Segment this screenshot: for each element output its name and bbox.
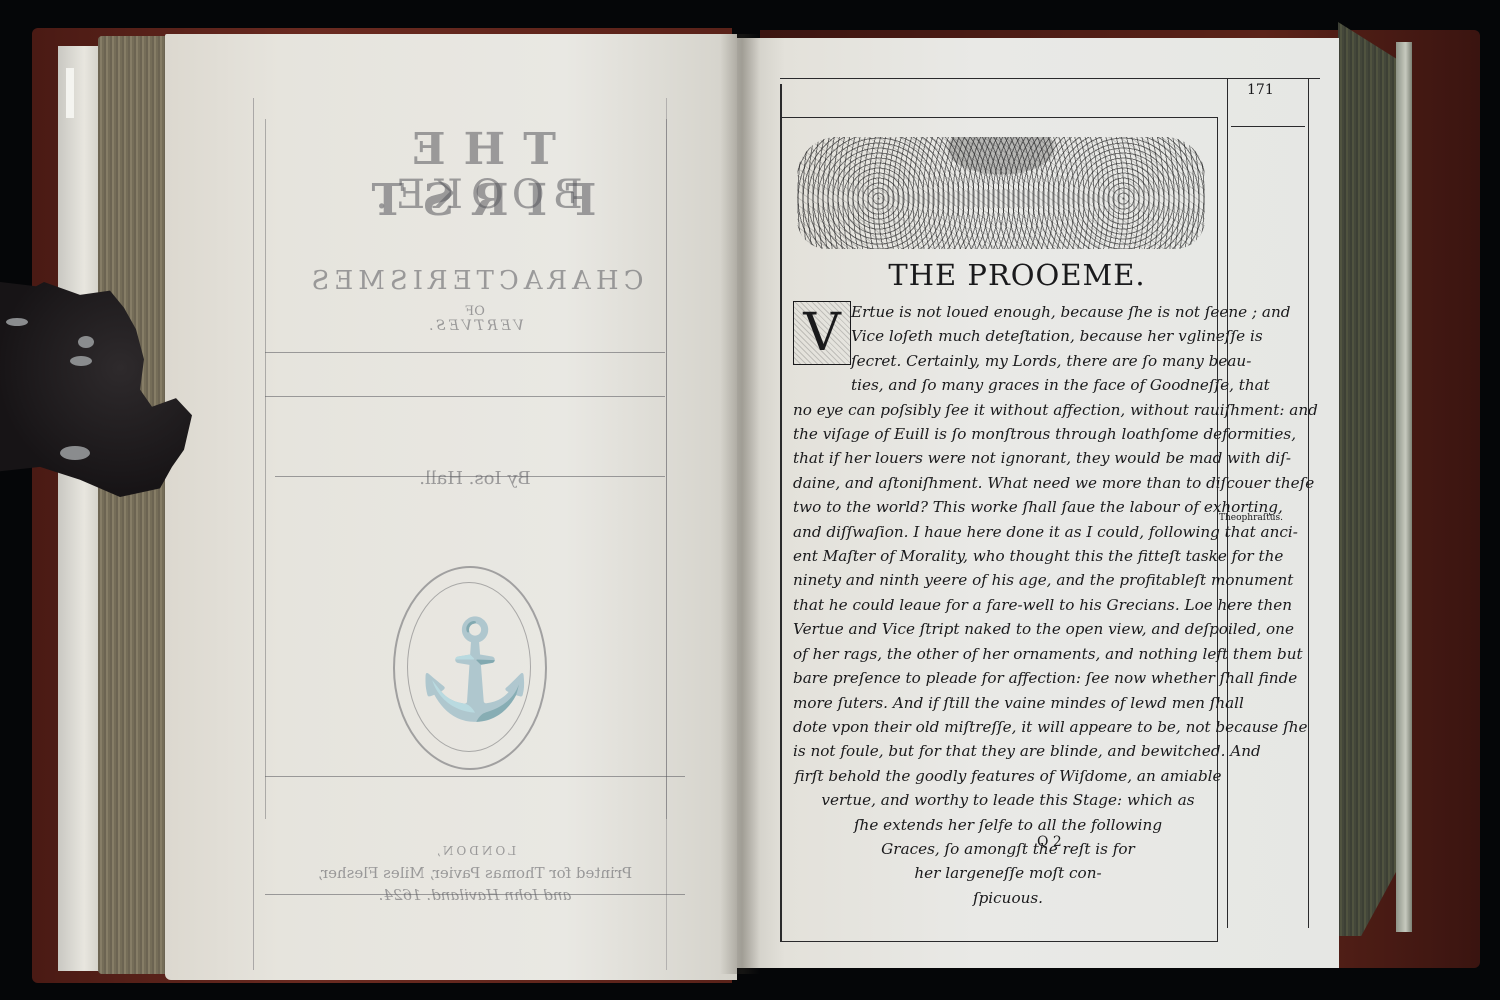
subtitle-line-1: CHARACTERISMES [265, 266, 685, 296]
woodcut-headpiece-icon [797, 137, 1205, 249]
text-line: and diſſwaſion. I haue here done it as I… [793, 520, 1223, 544]
page-edges-right [1338, 22, 1396, 936]
page-number: 171 [1247, 82, 1274, 98]
text-line: her largeneſſe moſt con- [793, 861, 1223, 885]
text-line: that he could leaue for a fare-well to h… [793, 593, 1223, 617]
text-line: no eye can poſsibly ſee it without affec… [793, 398, 1223, 422]
text-line: Vice loſeth much deteſtation, because he… [793, 324, 1223, 348]
text-line: vertue, and worthy to leade this Stage: … [793, 788, 1223, 812]
endpaper-right [1396, 42, 1412, 932]
text-line: Ertue is not loued enough, because ſhe i… [793, 300, 1223, 324]
clip-hole [78, 336, 94, 348]
body-text: Ertue is not loued enough, because ſhe i… [793, 300, 1223, 910]
paper-label-strip [66, 68, 74, 118]
text-line: ſhe extends her ſelfe to all the followi… [793, 813, 1223, 837]
subtitle-line-2: OF [265, 304, 685, 319]
text-line: bare preſence to pleade for affection: ſ… [793, 666, 1223, 690]
rule-line [265, 352, 665, 353]
anchor-serpent-icon: ⚓ [415, 604, 521, 734]
text-line: is not foule, but for that they are blin… [793, 739, 1223, 763]
imprint-city: LONDON, [265, 844, 685, 858]
clip-hole [60, 446, 90, 460]
text-line: two to the world? This worke ſhall ſaue … [793, 495, 1223, 519]
text-line: ſpicuous. [793, 886, 1223, 910]
endpaper-left [58, 46, 102, 971]
text-line: of her rags, the other of her ornaments,… [793, 642, 1223, 666]
text-line: ent Maſter of Morality, who thought this… [793, 544, 1223, 568]
title-line-2: BOOKE. [265, 172, 685, 218]
text-line: the viſage of Euill is ſo monſtrous thro… [793, 422, 1223, 446]
text-line: dote vpon their old miſtreſſe, it will a… [793, 715, 1223, 739]
text-line: more ſuters. And if ſtill the vaine mind… [793, 691, 1223, 715]
book-gutter [720, 34, 760, 974]
text-line: that if her louers were not ignorant, th… [793, 446, 1223, 470]
text-line: ninety and ninth yeere of his age, and t… [793, 568, 1223, 592]
imprint-date: and Iohn Haviland. 1624. [265, 886, 685, 904]
text-line: ſecret. Certainly, my Lords, there are ſ… [793, 349, 1223, 373]
text-line: Vertue and Vice ſtript naked to the open… [793, 617, 1223, 641]
text-line: ties, and ſo many graces in the face of … [793, 373, 1223, 397]
text-line: daine, and aſtoniſhment. What need we mo… [793, 471, 1223, 495]
rule-line [265, 776, 685, 777]
imprint-printers: Printed for Thomas Pavier, Miles Flesher… [255, 864, 695, 882]
rule-line [265, 396, 665, 397]
clip-hole [6, 318, 28, 326]
text-line: firſt behold the goodly features of Wiſd… [793, 764, 1223, 788]
signature-mark: Q 2 [1037, 834, 1062, 850]
clip-hole [70, 356, 92, 366]
author-line: By Ios. Hall. [265, 468, 685, 489]
margin-note: Theophraſtus. [1219, 513, 1283, 523]
chapter-heading: THE PROOEME. [837, 258, 1197, 292]
right-page: 171 THE PROOEME. V Ertue is not loued en… [737, 38, 1339, 968]
subtitle-line-3: VERTVES. [265, 318, 685, 334]
left-page: THE FIRST BOOKE. CHARACTERISMES OF VERTV… [165, 34, 737, 980]
margin-rule [1231, 126, 1305, 127]
text-line: Graces, ſo amongſt the reſt is for [793, 837, 1223, 861]
